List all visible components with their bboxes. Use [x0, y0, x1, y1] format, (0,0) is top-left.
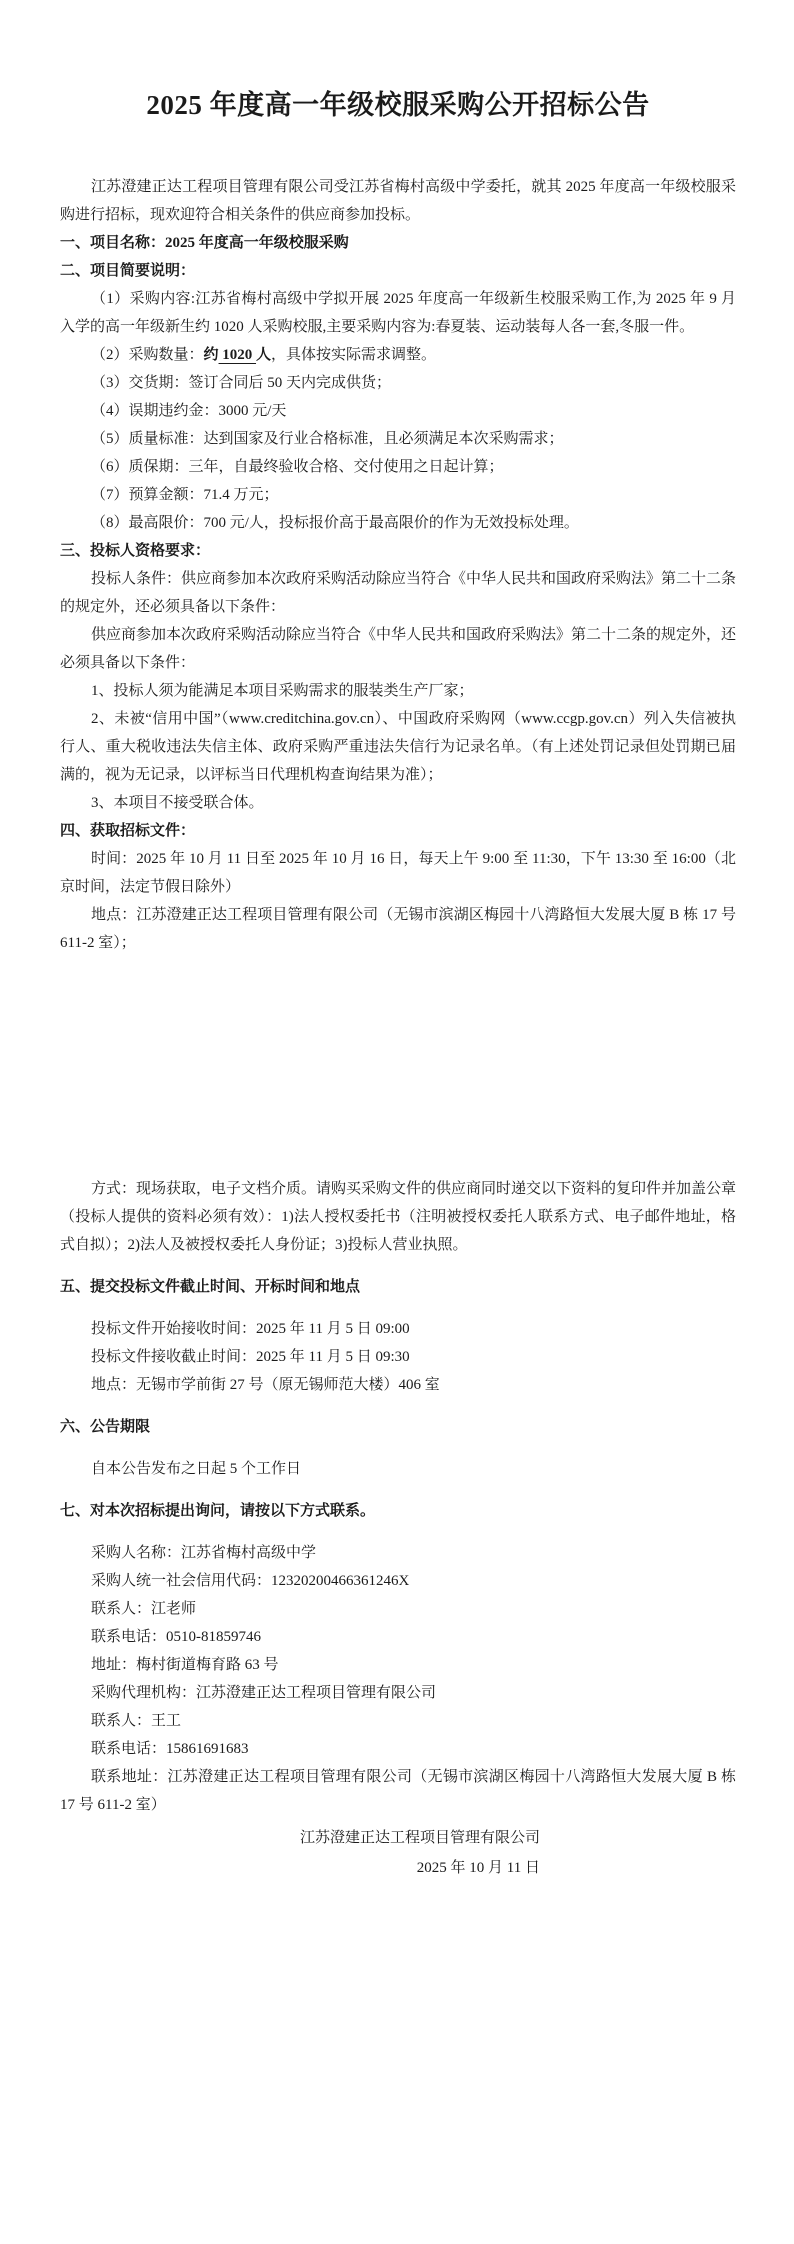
- agency-phone: 联系电话：15861691683: [60, 1735, 736, 1763]
- purchaser-address: 地址：梅村街道梅育路 63 号: [60, 1651, 736, 1679]
- purchaser-credit-code: 采购人统一社会信用代码：12320200466361246X: [60, 1567, 736, 1595]
- section-1-heading: 一、项目名称：2025 年度高一年级校服采购: [60, 229, 736, 257]
- budget-amount-item: （7）预算金额：71.4 万元；: [60, 481, 736, 509]
- agency-address: 联系地址：江苏澄建正达工程项目管理有限公司（无锡市滨湖区梅园十八湾路恒大发展大厦…: [60, 1763, 736, 1819]
- purchaser-contact-person: 联系人：江老师: [60, 1595, 736, 1623]
- bidder-condition-paragraph: 投标人条件：供应商参加本次政府采购活动除应当符合《中华人民共和国政府采购法》第二…: [60, 565, 736, 621]
- quality-standard-item: （5）质量标准：达到国家及行业合格标准，且必须满足本次采购需求；: [60, 425, 736, 453]
- quantity-unit: 人: [256, 347, 271, 363]
- warranty-period-item: （6）质保期：三年，自最终验收合格、交付使用之日起计算；: [60, 453, 736, 481]
- quantity-bold-group: 约 1020 人: [204, 347, 272, 363]
- signature-date: 2025 年 10 月 11 日: [60, 1853, 736, 1883]
- signature-block: 江苏澄建正达工程项目管理有限公司 2025 年 10 月 11 日: [60, 1823, 736, 1883]
- bid-opening-location: 地点：无锡市学前街 27 号（原无锡师范大楼）406 室: [60, 1371, 736, 1399]
- delivery-period-item: （3）交货期：签订合同后 50 天内完成供货；: [60, 369, 736, 397]
- agency-contact-person: 联系人：王工: [60, 1707, 736, 1735]
- section-4-heading: 四、获取招标文件：: [60, 817, 736, 845]
- bid-start-time: 投标文件开始接收时间：2025 年 11 月 5 日 09:00: [60, 1315, 736, 1343]
- quantity-about: 约: [204, 347, 219, 363]
- quantity-underlined-value: 1020: [219, 347, 257, 363]
- purchase-quantity-item: （2）采购数量：约 1020 人，具体按实际需求调整。: [60, 341, 736, 369]
- obtain-location-paragraph: 地点：江苏澄建正达工程项目管理有限公司（无锡市滨湖区梅园十八湾路恒大发展大厦 B…: [60, 901, 736, 957]
- purchaser-name: 采购人名称：江苏省梅村高级中学: [60, 1539, 736, 1567]
- purchase-content-item: （1）采购内容:江苏省梅村高级中学拟开展 2025 年度高一年级新生校服采购工作…: [60, 285, 736, 341]
- obtain-time-paragraph: 时间：2025 年 10 月 11 日至 2025 年 10 月 16 日，每天…: [60, 845, 736, 901]
- signature-company: 江苏澄建正达工程项目管理有限公司: [60, 1823, 736, 1853]
- section-3-heading: 三、投标人资格要求：: [60, 537, 736, 565]
- section-7-heading: 七、对本次招标提出询问，请按以下方式联系。: [60, 1497, 736, 1525]
- section-2-heading: 二、项目简要说明：: [60, 257, 736, 285]
- bid-deadline-time: 投标文件接收截止时间：2025 年 11 月 5 日 09:30: [60, 1343, 736, 1371]
- agency-name: 采购代理机构：江苏澄建正达工程项目管理有限公司: [60, 1679, 736, 1707]
- page-title: 2025 年度高一年级校服采购公开招标公告: [60, 85, 736, 125]
- announcement-period: 自本公告发布之日起 5 个工作日: [60, 1455, 736, 1483]
- section-5-heading: 五、提交投标文件截止时间、开标时间和地点: [60, 1273, 736, 1301]
- qualification-item-1: 1、投标人须为能满足本项目采购需求的服装类生产厂家；: [60, 677, 736, 705]
- qualification-item-2: 2、未被“信用中国”（www.creditchina.gov.cn）、中国政府采…: [60, 705, 736, 789]
- delay-penalty-item: （4）误期违约金：3000 元/天: [60, 397, 736, 425]
- supplier-condition-paragraph: 供应商参加本次政府采购活动除应当符合《中华人民共和国政府采购法》第二十二条的规定…: [60, 621, 736, 677]
- qualification-item-3: 3、本项目不接受联合体。: [60, 789, 736, 817]
- quantity-suffix: ，具体按实际需求调整。: [271, 347, 436, 363]
- purchaser-phone: 联系电话：0510-81859746: [60, 1623, 736, 1651]
- document-page: 2025 年度高一年级校服采购公开招标公告 江苏澄建正达工程项目管理有限公司受江…: [0, 0, 794, 2244]
- quantity-prefix: （2）采购数量：: [91, 347, 204, 363]
- obtain-method-paragraph: 方式：现场获取，电子文档介质。请购买采购文件的供应商同时递交以下资料的复印件并加…: [60, 1175, 736, 1259]
- section-6-heading: 六、公告期限: [60, 1413, 736, 1441]
- price-cap-item: （8）最高限价：700 元/人，投标报价高于最高限价的作为无效投标处理。: [60, 509, 736, 537]
- intro-paragraph: 江苏澄建正达工程项目管理有限公司受江苏省梅村高级中学委托，就其 2025 年度高…: [60, 173, 736, 229]
